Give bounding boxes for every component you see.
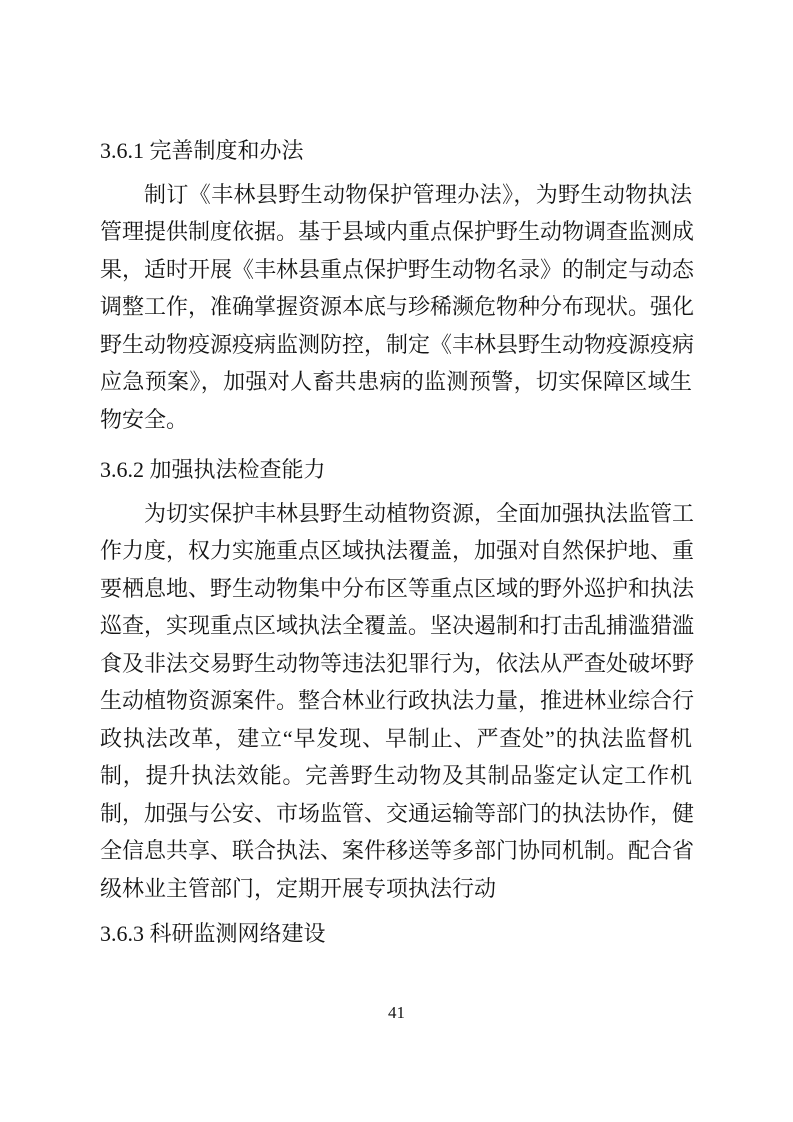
text-line: 制订《丰林县野生动物保护管理办法》，为野生动物执法: [100, 176, 692, 214]
document-page: 3.6.1 完善制度和办法 制订《丰林县野生动物保护管理办法》，为野生动物执法 …: [0, 0, 793, 1122]
section-heading-3-6-3: 3.6.3 科研监测网络建设: [100, 915, 692, 953]
text-line: 野生动物疫源疫病监测防控，制定《丰林县野生动物疫源疫病: [100, 326, 692, 364]
text-line: 生动植物资源案件。整合林业行政执法力量，推进林业综合行: [100, 682, 692, 720]
text-line: 作力度，权力实施重点区域执法覆盖，加强对自然保护地、重: [100, 532, 692, 570]
text-line: 调整工作，准确掌握资源本底与珍稀濒危物种分布现状。强化: [100, 288, 692, 326]
document-content: 3.6.1 完善制度和办法 制订《丰林县野生动物保护管理办法》，为野生动物执法 …: [100, 132, 692, 953]
page-number: 41: [0, 1003, 793, 1023]
section-heading-3-6-1: 3.6.1 完善制度和办法: [100, 132, 692, 170]
text-line: 巡查，实现重点区域执法全覆盖。坚决遏制和打击乱捕滥猎滥: [100, 607, 692, 645]
text-line: 管理提供制度依据。基于县域内重点保护野生动物调查监测成: [100, 213, 692, 251]
text-line: 食及非法交易野生动物等违法犯罪行为，依法从严查处破坏野: [100, 645, 692, 683]
text-line: 应急预案》，加强对人畜共患病的监测预警，切实保障区域生: [100, 363, 692, 401]
text-line: 果，适时开展《丰林县重点保护野生动物名录》的制定与动态: [100, 251, 692, 289]
text-line: 级林业主管部门，定期开展专项执法行动: [100, 870, 692, 908]
text-line: 为切实保护丰林县野生动植物资源，全面加强执法监管工: [100, 495, 692, 533]
section-heading-3-6-2: 3.6.2 加强执法检查能力: [100, 451, 692, 489]
text-line: 全信息共享、联合执法、案件移送等多部门协同机制。配合省: [100, 832, 692, 870]
text-line: 物安全。: [100, 401, 692, 439]
text-line: 政执法改革，建立“早发现、早制止、严查处”的执法监督机: [100, 720, 692, 758]
text-line: 制，加强与公安、市场监管、交通运输等部门的执法协作，健: [100, 795, 692, 833]
text-line: 要栖息地、野生动物集中分布区等重点区域的野外巡护和执法: [100, 570, 692, 608]
text-line: 制，提升执法效能。完善野生动物及其制品鉴定认定工作机: [100, 757, 692, 795]
paragraph-3-6-2: 为切实保护丰林县野生动植物资源，全面加强执法监管工 作力度，权力实施重点区域执法…: [100, 495, 692, 908]
paragraph-3-6-1: 制订《丰林县野生动物保护管理办法》，为野生动物执法 管理提供制度依据。基于县域内…: [100, 176, 692, 439]
